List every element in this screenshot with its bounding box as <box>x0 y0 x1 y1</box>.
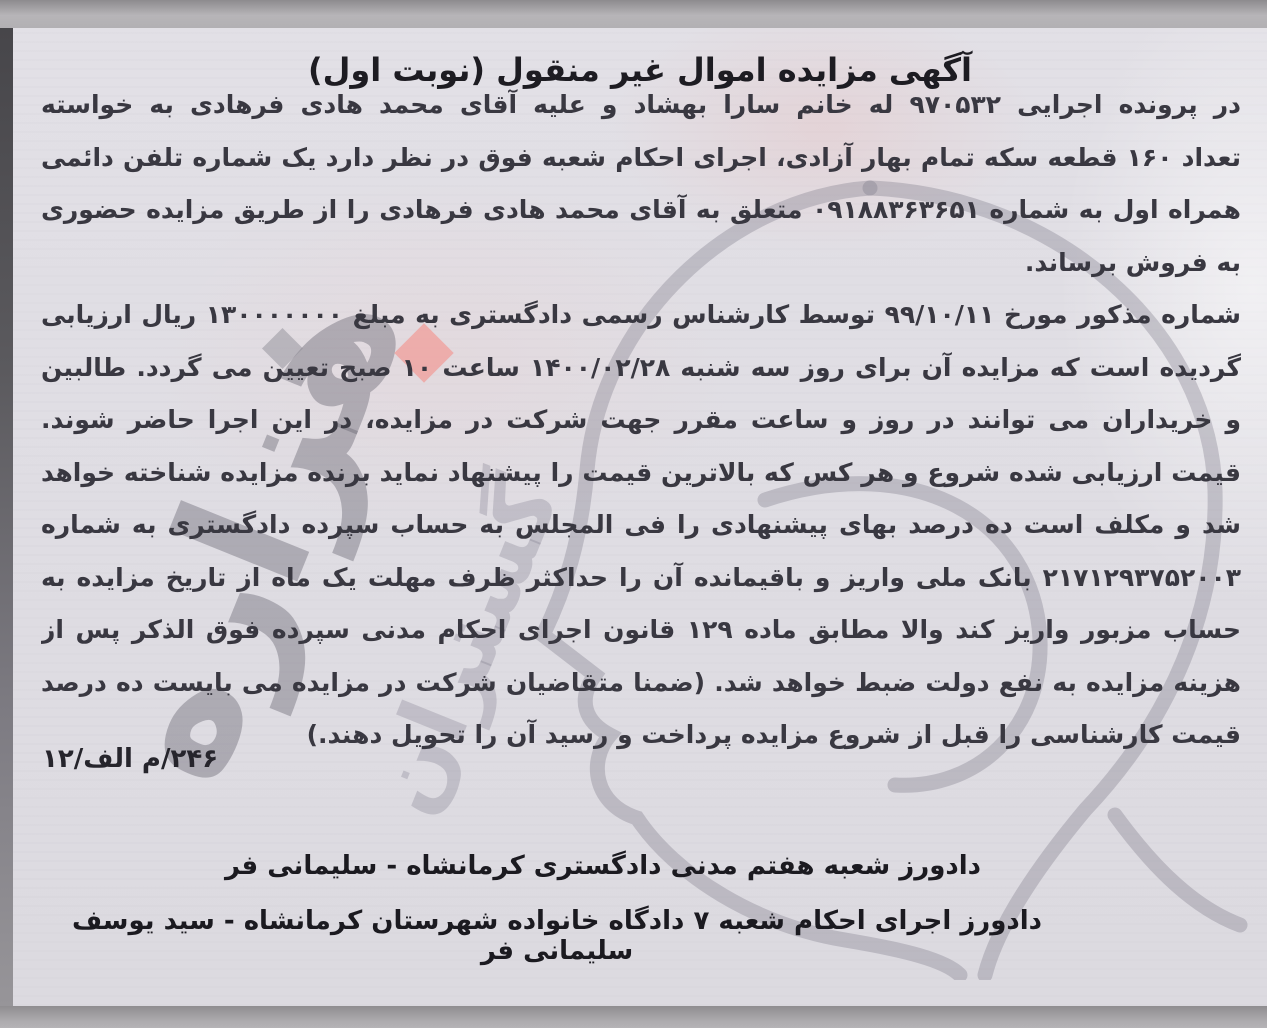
signature-line-2: دادورز اجرای احکام شعبه ۷ دادگاه خانواده… <box>33 906 1081 966</box>
body-line: هزینه مزایده به نفع دولت ضبط خواهد شد. (… <box>41 657 1241 710</box>
body-line: و خریداران می توانند در روز و ساعت مقرر … <box>41 394 1241 447</box>
body-line: شماره مذکور مورخ ۹۹/۱۰/۱۱ توسط کارشناس ر… <box>41 289 1241 342</box>
body-line: به فروش برساند. <box>41 237 1241 290</box>
body-line: در پرونده اجرایی ۹۷۰۵۳۲ له خانم سارا بهش… <box>41 79 1241 132</box>
body-line: قیمت کارشناسی را قبل از شروع مزایده پردا… <box>41 709 1241 762</box>
notice-body: در پرونده اجرایی ۹۷۰۵۳۲ له خانم سارا بهش… <box>41 79 1241 762</box>
scan-edge-top <box>0 0 1267 28</box>
notice-ref-number: ۲۴۶/م الف/۱۲ <box>42 744 218 774</box>
body-line: قیمت ارزیابی شده شروع و هر کس که بالاتری… <box>41 447 1241 500</box>
body-line: گردیده است که مزایده آن برای روز سه شنبه… <box>41 342 1241 395</box>
body-line: ۲۱۷۱۲۹۳۷۵۲۰۰۳ بانک ملی واریز و باقیمانده… <box>41 552 1241 605</box>
body-line: همراه اول به شماره ۰۹۱۸۸۳۶۳۶۵۱ متعلق به … <box>41 184 1241 237</box>
scan-edge-bottom <box>0 1006 1267 1028</box>
body-line: تعداد ۱۶۰ قطعه سکه تمام بهار آزادی، اجرا… <box>41 132 1241 185</box>
body-line: شد و مکلف است ده درصد بهای پیشنهادی را ف… <box>41 499 1241 552</box>
scan-edge-left <box>0 28 13 1006</box>
scanned-newspaper-notice: هزاره گستران آگهی مزایده اموال غیر منقول… <box>0 0 1267 1028</box>
signature-line-1: دادورز شعبه هفتم مدنی دادگستری کرمانشاه … <box>33 851 1173 881</box>
body-line: حساب مزبور واریز کند والا مطابق ماده ۱۲۹… <box>41 604 1241 657</box>
